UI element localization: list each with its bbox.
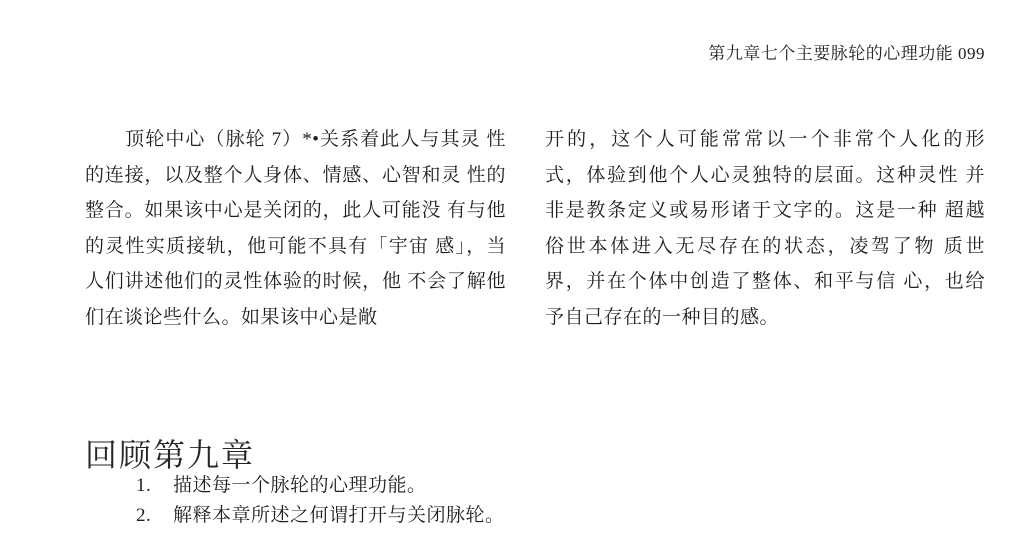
text-line: 开的，这个人可能常常以一个非常个人化的形 xyxy=(545,122,985,158)
text-line: 式，体验到他个人心灵独特的层面。这种灵性 并 xyxy=(545,158,985,194)
text-line: 人们讲述他们的灵性体验的时候，他 不会了解他 xyxy=(85,264,506,300)
review-item-text: 解释本章所述之何谓打开与关闭脉轮。 xyxy=(173,501,505,531)
text-line: 予自己存在的一种目的感。 xyxy=(545,300,985,336)
document-page: 第九章七个主要脉轮的心理功能 099 顶轮中心（脉轮 7）*•关系着此人与其灵 … xyxy=(0,0,1020,552)
review-list: 1. 描述每一个脉轮的心理功能。 2. 解释本章所述之何谓打开与关闭脉轮。 xyxy=(136,471,505,531)
review-item: 1. 描述每一个脉轮的心理功能。 xyxy=(136,471,505,501)
text-line: 们在谈论些什么。如果该中心是敞 xyxy=(85,300,506,336)
review-item-number: 2. xyxy=(136,501,160,531)
review-heading: 回顾第九章 xyxy=(85,430,255,476)
text-line: 的连接，以及整个人身体、情感、心智和灵 性的 xyxy=(85,158,506,194)
body-text-column-left: 顶轮中心（脉轮 7）*•关系着此人与其灵 性的连接，以及整个人身体、情感、心智和… xyxy=(85,122,506,335)
text-line: 界，并在个体中创造了整体、和平与信 心，也给 xyxy=(545,264,985,300)
text-line: 整合。如果该中心是关闭的，此人可能没 有与他 xyxy=(85,193,506,229)
review-item: 2. 解释本章所述之何谓打开与关闭脉轮。 xyxy=(136,501,505,531)
review-item-number: 1. xyxy=(136,471,160,501)
text-line: 非是教条定义或易形诸于文字的。这是一种 超越 xyxy=(545,193,985,229)
text-line: 的灵性实质接轨，他可能不具有「宇宙 感」，当 xyxy=(85,229,506,265)
body-text-column-right: 开的，这个人可能常常以一个非常个人化的形式，体验到他个人心灵独特的层面。这种灵性… xyxy=(545,122,985,335)
text-line: 顶轮中心（脉轮 7）*•关系着此人与其灵 性 xyxy=(85,122,506,158)
text-line: 俗世本体进入无尽存在的状态，凌驾了物 质世 xyxy=(545,229,985,265)
running-header: 第九章七个主要脉轮的心理功能 099 xyxy=(485,39,985,64)
review-item-text: 描述每一个脉轮的心理功能。 xyxy=(173,471,427,501)
